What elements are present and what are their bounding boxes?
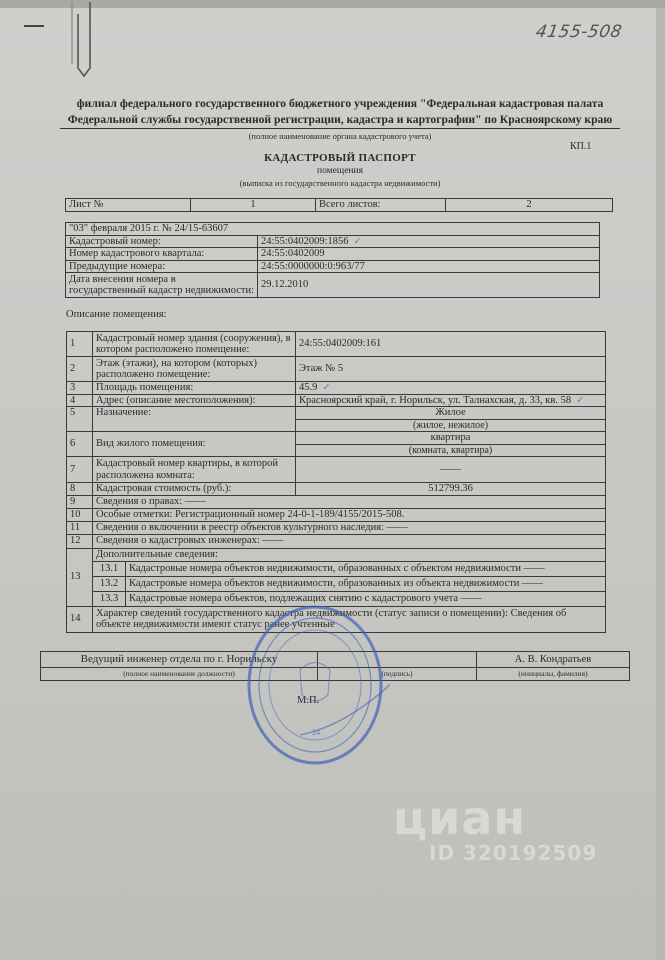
ident-value: 29.12.2010 (258, 273, 600, 298)
org-name-line2: Федеральной службы государственной регис… (60, 113, 620, 126)
row-label: Кадастровый номер квартиры, в которой ра… (93, 457, 296, 483)
ident-label: Предыдущие номера: (66, 260, 258, 273)
document-subtitle: помещения (60, 166, 620, 176)
row-value: 45.9✓ (296, 382, 606, 395)
row-value: 24:55:0402009:161 (296, 332, 606, 357)
row-text: Особые отметки: Регистрационный номер 24… (93, 508, 606, 521)
row-number: 7 (67, 457, 93, 483)
total-sheets-value: 2 (446, 199, 613, 212)
name-note: (инициалы, фамилия) (477, 668, 630, 681)
row-number: 2 (67, 357, 93, 382)
sheet-edge (656, 8, 665, 960)
org-underline (60, 128, 620, 129)
cadastral-number: 24:55:0402009:1856 (261, 236, 349, 247)
row-label: Назначение: (93, 407, 296, 432)
cian-watermark: циан ID 320192509 (393, 795, 597, 865)
handwritten-note: 4155-508 (534, 22, 623, 42)
watermark-listing-id: ID 320192509 (429, 841, 597, 865)
row-value: Этаж № 5 (296, 357, 606, 382)
premises-type-hint: (комната, квартира) (296, 444, 606, 457)
sheet-label: Лист № (66, 199, 191, 212)
purpose-value: Жилое (296, 407, 606, 420)
row-text: Дополнительные сведения: (93, 549, 605, 561)
ident-label: Кадастровый номер: (66, 235, 258, 248)
cadastral-value: 512799.36 (296, 483, 606, 496)
sub-row-number: 13.1 (93, 561, 126, 576)
ident-value: 24:55:0402009 (258, 248, 600, 261)
row-label: Кадастровая стоимость (руб.): (93, 483, 296, 496)
row-number: 4 (67, 394, 93, 407)
row-number: 9 (67, 495, 93, 508)
row-label: Площадь помещения: (93, 382, 296, 395)
row-number: 10 (67, 508, 93, 521)
check-mark-icon: ✓ (576, 395, 584, 407)
row-number: 11 (67, 521, 93, 534)
row-number: 1 (67, 332, 93, 357)
row-label: Вид жилого помещения: (93, 432, 296, 457)
row-value: Красноярский край, г. Норильск, ул. Талн… (296, 394, 606, 407)
row-number: 14 (67, 606, 93, 632)
row-value: —— (296, 457, 606, 483)
dash-mark (24, 25, 44, 27)
identification-table: "03" февраля 2015 г. № 24/15-63607 Кадас… (65, 222, 600, 298)
row-label: Кадастровый номер здания (сооружения), в… (93, 332, 296, 357)
document-subtitle-note: (выписка из государственного кадастра не… (60, 178, 620, 188)
row-label: Адрес (описание местоположения): (93, 394, 296, 407)
sheet-info-table: Лист № 1 Всего листов: 2 (65, 198, 613, 212)
total-sheets-label: Всего листов: (316, 199, 446, 212)
address-value: Красноярский край, г. Норильск, ул. Талн… (299, 395, 571, 406)
sub-row-number: 13.2 (93, 576, 126, 591)
sub-row-text: Кадастровые номера объектов недвижимости… (126, 561, 606, 576)
official-stamp-icon: 24 (240, 585, 390, 770)
form-code: КП.1 (570, 141, 591, 152)
row-text: Сведения о правах: —— (93, 495, 606, 508)
row-number: 5 (67, 407, 93, 432)
row-number: 3 (67, 382, 93, 395)
check-mark-icon: ✓ (322, 382, 330, 394)
document-title: КАДАСТРОВЫЙ ПАСПОРТ (60, 152, 620, 164)
org-note: (полное наименование органа кадастрового… (60, 131, 620, 141)
ident-value: 24:55:0402009:1856✓ (258, 235, 600, 248)
row-number: 6 (67, 432, 93, 457)
ident-label: Дата внесения номера в государственный к… (66, 273, 258, 298)
ident-label: Номер кадастрового квартала: (66, 248, 258, 261)
row-text: Сведения о кадастровых инженерах: —— (93, 534, 606, 548)
sub-row-number: 13.3 (93, 591, 126, 606)
row-number: 12 (67, 534, 93, 548)
row-text: Сведения о включении в реестр объектов к… (93, 521, 606, 534)
area-value: 45.9 (299, 382, 317, 393)
sheet-value: 1 (191, 199, 316, 212)
paperclip-icon (70, 0, 92, 78)
signer-name: А. В. Кондратьев (477, 652, 630, 668)
premises-type-value: квартира (296, 432, 606, 445)
row-label: Этаж (этажи), на котором (которых) распо… (93, 357, 296, 382)
ident-value: 24:55:0000000:0:963/77 (258, 260, 600, 273)
org-name-line1: филиал федерального государственного бюд… (60, 97, 620, 110)
purpose-hint: (жилое, нежилое) (296, 419, 606, 432)
description-heading: Описание помещения: (66, 309, 167, 320)
check-mark-icon: ✓ (354, 236, 362, 248)
row-number: 8 (67, 483, 93, 496)
watermark-brand: циан (393, 795, 597, 841)
date-number: "03" февраля 2015 г. № 24/15-63607 (66, 223, 600, 236)
row-number: 13 (67, 548, 93, 606)
